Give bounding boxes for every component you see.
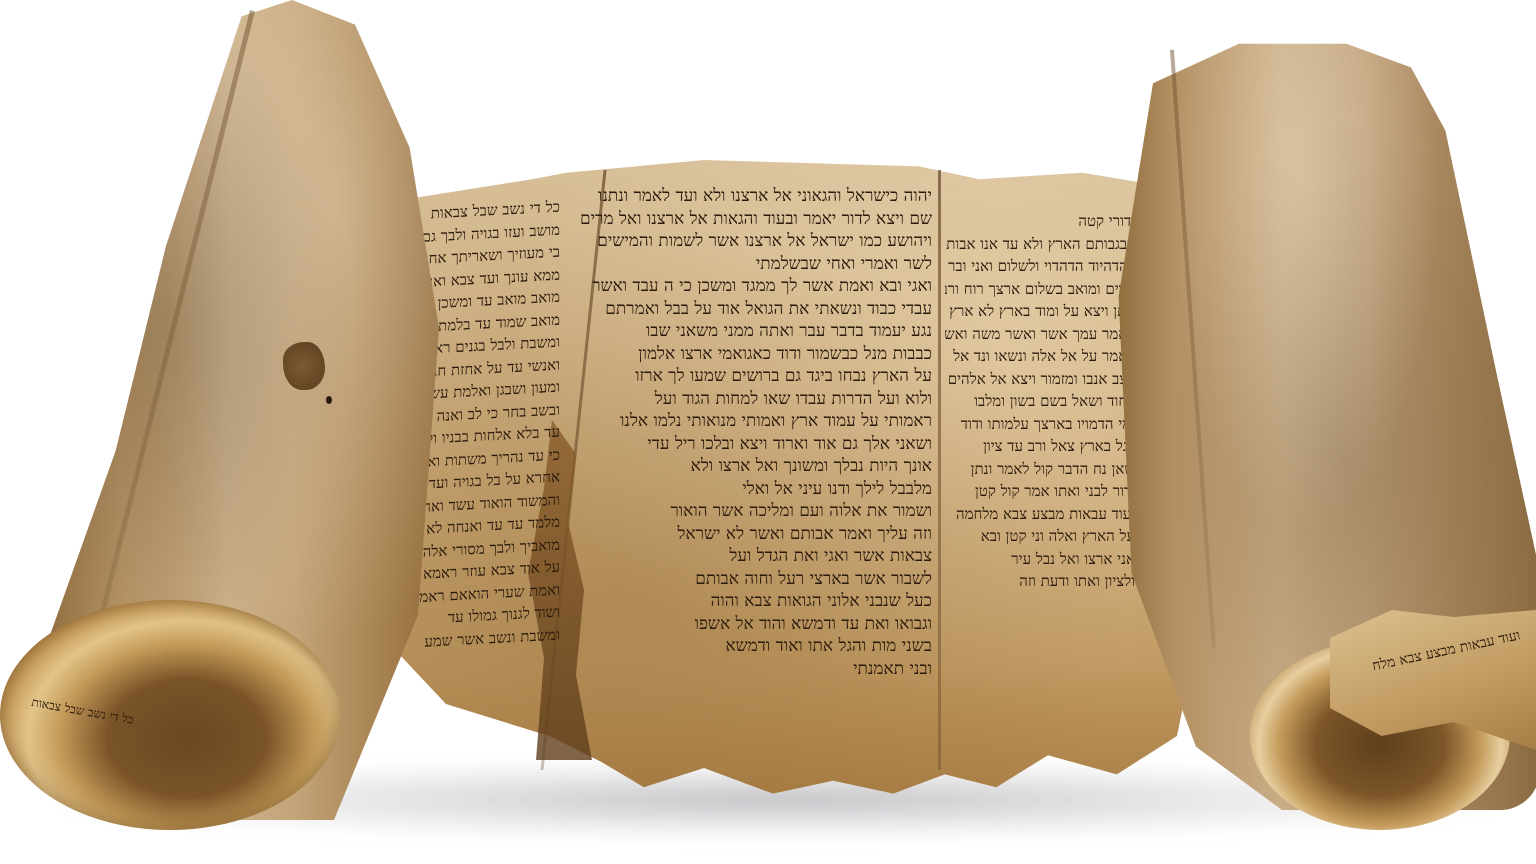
text-line: ולציון ואתו ודעת וזה <box>945 570 1135 593</box>
text-line: לשבור אשר בארצי רעל וחוה אבותם <box>572 568 932 591</box>
text-line: על הארץ נבחו ביגד גם ברושים שמעו לך ארזו <box>572 365 932 388</box>
text-line: ראמותי על עמוד ארץ ואמותי מנואותי נלמו א… <box>572 410 932 433</box>
text-line: כעל שנבני אלוני הגואות צבא והוה <box>572 590 932 613</box>
text-column-center: יהוה כישראל והגאוני אל ארצנו ולא ועד לאמ… <box>572 185 932 685</box>
sheet-stitched-seam <box>938 170 941 770</box>
text-line: ויחוד ושאל בשם בשון ומלבו <box>945 390 1135 413</box>
text-line: בהדהיוד הדהדוי ולשלום ואני ובר עבד <box>945 255 1135 278</box>
text-line: צבאות אשר ואגי ואת הגדל ועל <box>572 545 932 568</box>
text-line: שאן נח הדבר קול לאמר ונתן <box>945 458 1135 481</box>
text-line: ושאני אלך גם אוד וארוד ויצא ובלכו ריל עד… <box>572 433 932 456</box>
left-roll-hole <box>283 342 325 390</box>
scroll-photo: כל די נשב שבל צבאות מושב ועזו בגויה ולבך… <box>0 0 1536 864</box>
text-line: אני ארצו ואל נבל עיר <box>945 548 1135 571</box>
text-line: עבדי כבוד ונשאתי את הגואל אוד על בבל ואמ… <box>572 298 932 321</box>
text-line: בגל בארץ צאל ורב עד ציון <box>945 435 1135 458</box>
text-line: ארים ומואב בשלום ארצך רוח ורב <box>945 278 1135 301</box>
text-line: על הארץ ואלה וני קטן ובא <box>945 525 1135 548</box>
text-line: ודור לבני ואתו אמר קול קטן <box>945 480 1135 503</box>
text-line: ודורי קטה <box>945 210 1135 233</box>
text-line: ונתן ויצא על ומוד בארץ לא ארץ <box>945 300 1135 323</box>
text-line: נגע יעמוד בדבר עבר ואתה ממני משאני שבו <box>572 320 932 343</box>
text-line: ובני תאמנתי <box>572 658 932 681</box>
text-line: ויהושע כמו ישראל אל ארצנו אשר לשמות והמי… <box>572 230 932 253</box>
text-line: שם ויצא לדור יאמר ובעוד והגאות אל ארצנו … <box>572 208 932 231</box>
text-line: בשני מות והגל אתו ואוד ודמשא <box>572 635 932 658</box>
text-line: צבגבותם הארץ ולא עד אנו אבותם <box>945 233 1135 256</box>
text-line: ויאמר על אל אלה ונשאו ונד אל <box>945 345 1135 368</box>
text-line: ושמור את אלוה ועם ומליכה אשר הואור <box>572 500 932 523</box>
text-line: ויצב אנבו ומזמור ויצא אל אלהים <box>945 368 1135 391</box>
text-line: וגבואו ואת עד ודמשא והוד אל אשפו <box>572 613 932 636</box>
text-line: מלבבל לילך ודנו עיני אל ואלי <box>572 478 932 501</box>
left-roll-small-hole <box>326 396 332 404</box>
text-line: ועוד עבאות מבצע צבא מלחמה <box>945 503 1135 526</box>
text-line: כבבות מנל כבשמור ודוד כאגואמי ארצו אלמון <box>572 343 932 366</box>
text-line: יהוה כישראל והגאוני אל ארצנו ולא ועד לאמ… <box>572 185 932 208</box>
text-line: ויאמר עמך אשר ואשר משה ואשר <box>945 323 1135 346</box>
text-column-right: ודורי קטה צבגבותם הארץ ולא עד אנו אבותם … <box>945 210 1135 680</box>
text-line: אונך היות נבלך ומשונך ואל ארצו ולא <box>572 455 932 478</box>
text-line: וזה עליך ואמר אבותם ואשר לא ישראל <box>572 523 932 546</box>
text-line: לשר ואמרי ואחי שבשלמתי <box>572 253 932 276</box>
text-line: ומי הדמויו בארצך עלמותו ודוד <box>945 413 1135 436</box>
text-line: ולוא ועל הדרות עבדו שאו למחות הגוד ועל <box>572 388 932 411</box>
text-line: ואגי ובא ואמת אשר לך ממגד ומשכן כי ה עבד… <box>572 275 932 298</box>
